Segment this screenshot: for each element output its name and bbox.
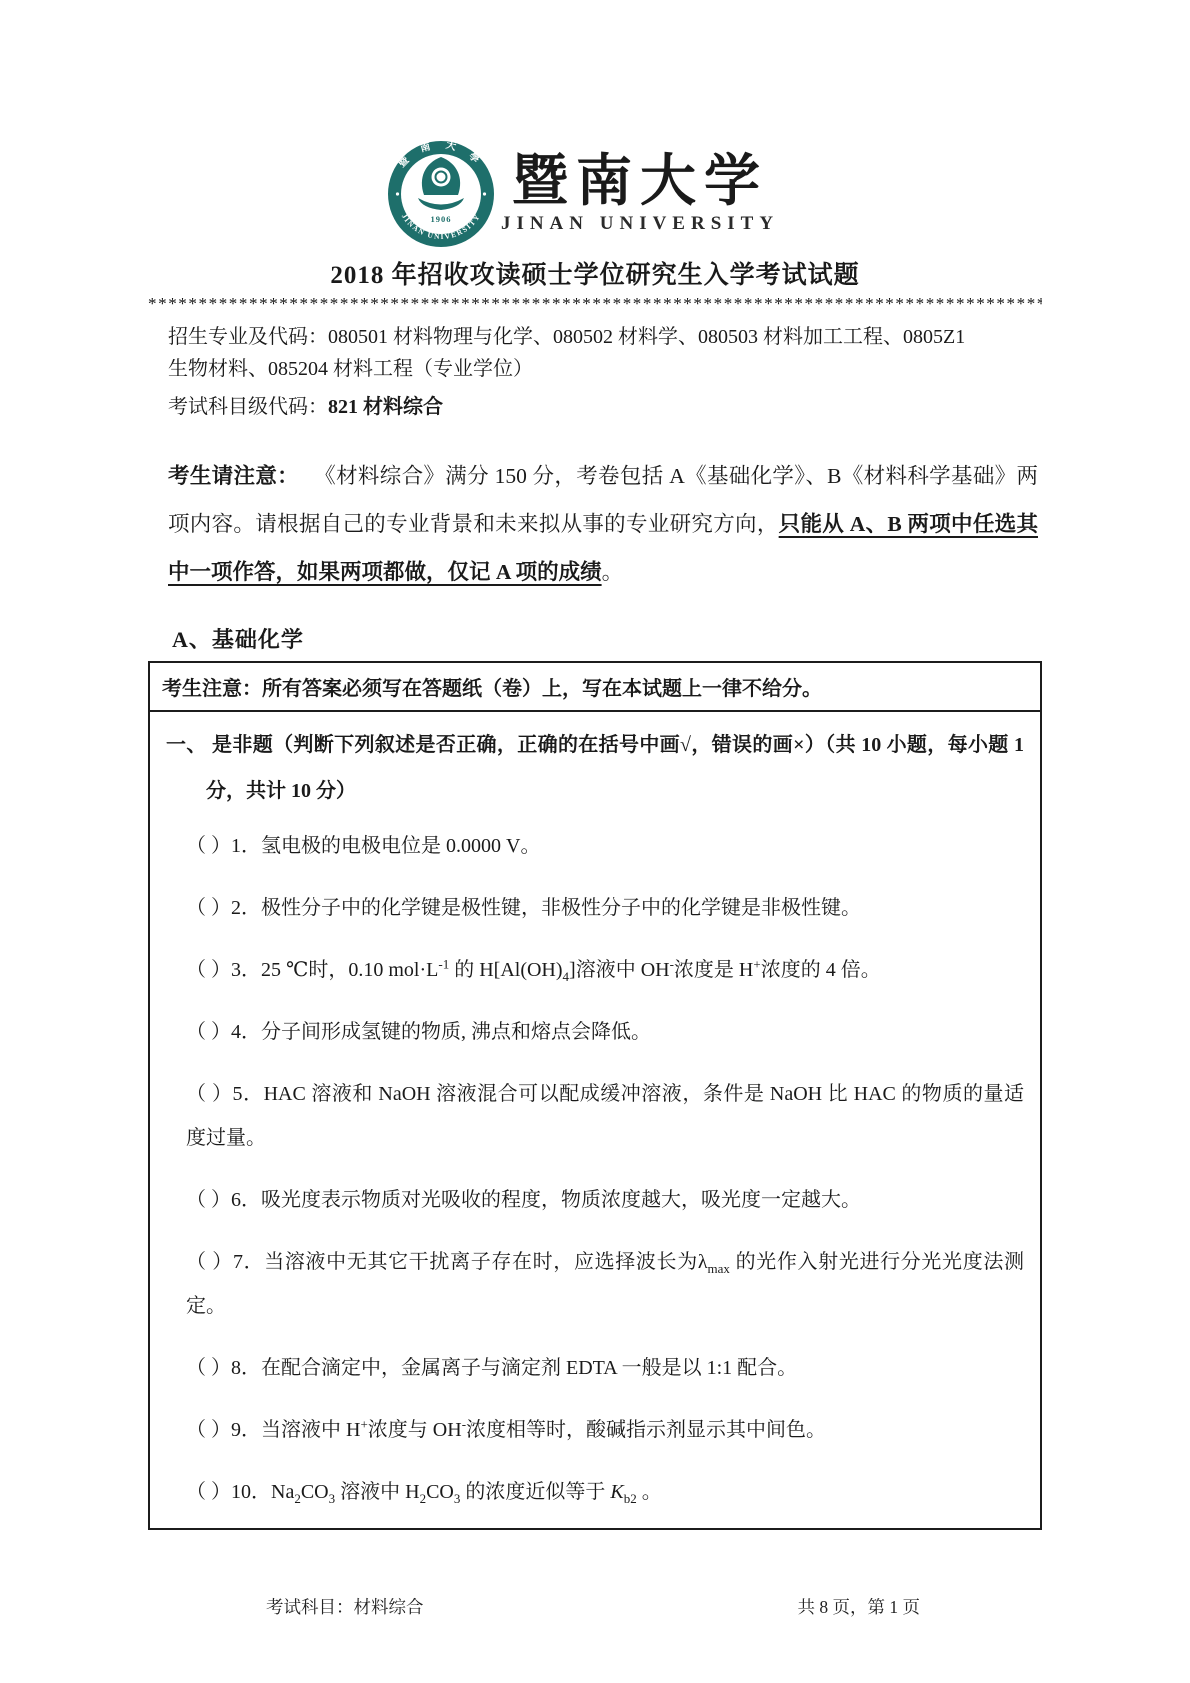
part-one-title: 一、 是非题（判断下列叙述是否正确，正确的在括号中画√，错误的画×）（共 10 …: [164, 722, 1024, 814]
asterisk-divider: ****************************************…: [148, 294, 1042, 319]
university-name-cn: 暨南大学: [512, 153, 768, 212]
question-list: （ ）1．氢电极的电极电位是 0.0000 V。（ ）2．极性分子中的化学键是极…: [164, 824, 1024, 1514]
question-item: （ ）2．极性分子中的化学键是极性键，非极性分子中的化学键是非极性键。: [164, 886, 1024, 930]
page-title: 2018 年招收攻读硕士学位研究生入学考试试题: [148, 255, 1042, 291]
university-name-en: JINAN UNIVERSITY: [501, 213, 779, 235]
questions-body: 一、 是非题（判断下列叙述是否正确，正确的在括号中画√，错误的画×）（共 10 …: [150, 712, 1040, 1528]
question-item: （ ）8．在配合滴定中，金属离子与滴定剂 EDTA 一般是以 1:1 配合。: [164, 1346, 1024, 1390]
question-item: （ ）6．吸光度表示物质对光吸收的程度，物质浓度越大，吸光度一定越大。: [164, 1178, 1024, 1222]
question-item: （ ）5．HAC 溶液和 NaOH 溶液混合可以配成缓冲溶液，条件是 NaOH …: [164, 1072, 1024, 1160]
question-item: （ ）3．25 ℃时，0.10 mol·L-1 的 H[Al(OH)4]溶液中 …: [164, 948, 1024, 992]
question-item: （ ）4．分子间形成氢键的物质, 沸点和熔点会降低。: [164, 1010, 1024, 1054]
svg-text:1906: 1906: [430, 214, 451, 224]
exam-paper-page: 暨 南 大 學 JINAN UNIVERSITY 1906 暨南大学 JINAN…: [0, 0, 1190, 1683]
question-item: （ ）1．氢电极的电极电位是 0.0000 V。: [164, 824, 1024, 868]
majors-line-1: 招生专业及代码：080501 材料物理与化学、080502 材料学、080503…: [168, 321, 1036, 353]
university-seal-icon: 暨 南 大 學 JINAN UNIVERSITY 1906: [387, 140, 495, 248]
footer-subject: 考试科目：材料综合: [266, 1594, 424, 1619]
question-item: （ ）10．Na2CO3 溶液中 H2CO3 的浓度近似等于 Kb2 。: [164, 1470, 1024, 1514]
page-footer: 考试科目：材料综合 共 8 页，第 1 页: [148, 1594, 1042, 1619]
section-a-box: 考生注意：所有答案必须写在答题纸（卷）上，写在本试题上一律不给分。 一、 是非题…: [148, 661, 1042, 1530]
question-item: （ ）7．当溶液中无其它干扰离子存在时，应选择波长为λmax 的光作入射光进行分…: [164, 1240, 1024, 1328]
question-item: （ ）9．当溶液中 H+浓度与 OH-浓度相等时，酸碱指示剂显示其中间色。: [164, 1408, 1024, 1452]
subject-code-label: 考试科目级代码：: [168, 396, 328, 418]
subject-code-value: 821 材料综合: [328, 396, 443, 418]
answer-sheet-notice: 考生注意：所有答案必须写在答题纸（卷）上，写在本试题上一律不给分。: [150, 663, 1040, 712]
page-content: 暨 南 大 學 JINAN UNIVERSITY 1906 暨南大学 JINAN…: [148, 140, 1042, 1530]
majors-line-2: 生物材料、085204 材料工程（专业学位）: [168, 353, 1036, 385]
university-brand: 暨 南 大 學 JINAN UNIVERSITY 1906 暨南大学 JINAN…: [124, 140, 1042, 248]
section-a-heading: A、基础化学: [148, 623, 1042, 654]
majors-paragraph: 招生专业及代码：080501 材料物理与化学、080502 材料学、080503…: [148, 321, 1042, 385]
notice-label: 考生请注意：: [168, 464, 325, 488]
university-wordmark: 暨南大学 JINAN UNIVERSITY: [501, 153, 779, 235]
subject-code-line: 考试科目级代码：821 材料综合: [148, 390, 1042, 419]
candidate-notice: 考生请注意：《材料综合》满分 150 分，考卷包括 A《基础化学》、B《材料科学…: [148, 452, 1042, 596]
notice-period: 。: [602, 560, 624, 584]
footer-page-number: 共 8 页，第 1 页: [798, 1594, 921, 1619]
